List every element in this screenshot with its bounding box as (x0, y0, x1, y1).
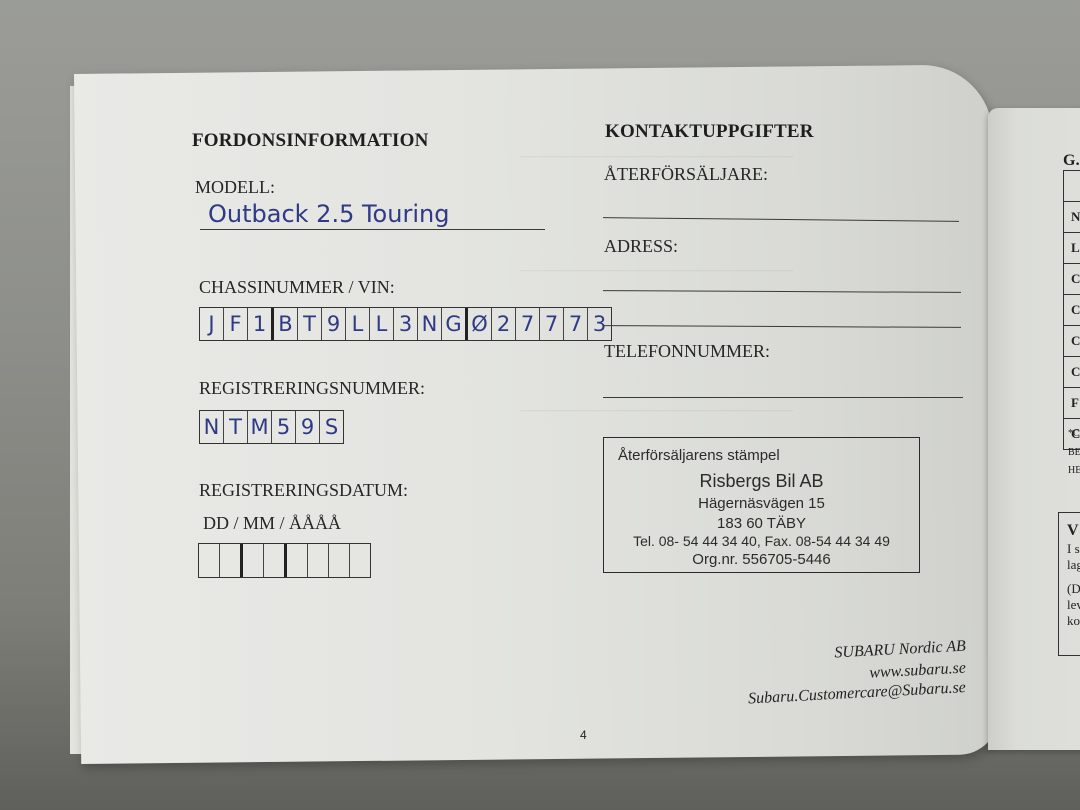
stamp-postal: 183 60 TÄBY (604, 515, 919, 532)
next-page-table-row: C (1064, 326, 1080, 357)
stamp-title: Återförsäljarens stämpel (618, 447, 780, 464)
char-box[interactable]: T (224, 411, 248, 443)
bleed-through-text: ————————————————————— (520, 262, 793, 278)
char-box[interactable]: L (346, 308, 370, 340)
model-value[interactable]: Outback 2.5 Touring (208, 200, 449, 228)
next-page-box-line (1059, 573, 1080, 581)
char-box[interactable] (287, 544, 308, 577)
reg-date-label: REGISTRERINGSDATUM: (199, 480, 408, 501)
page-number: 4 (580, 728, 587, 742)
char-box[interactable] (264, 544, 287, 577)
char-box[interactable]: 7 (564, 308, 588, 340)
char-box[interactable]: 3 (588, 308, 611, 340)
char-box[interactable]: M (248, 411, 272, 443)
char-box[interactable]: Ø (468, 308, 492, 340)
next-page-table-row (1064, 171, 1080, 202)
char-box[interactable]: B (274, 308, 298, 340)
vin-field[interactable]: JF1BT9LL3NGØ27773 (199, 307, 612, 341)
char-box[interactable]: 5 (272, 411, 296, 443)
next-page-table-row: L (1064, 233, 1080, 264)
char-box[interactable]: 9 (322, 308, 346, 340)
char-box[interactable] (220, 544, 243, 577)
char-box[interactable]: 7 (516, 308, 540, 340)
next-page-table: NLCCCCFC (1063, 170, 1080, 450)
next-page-table-row: N (1064, 202, 1080, 233)
char-box[interactable]: S (320, 411, 343, 443)
char-box[interactable] (329, 544, 350, 577)
next-page-box-line: (D (1059, 581, 1080, 597)
stamp-org-number: Org.nr. 556705-5446 (604, 551, 919, 568)
char-box[interactable]: 7 (540, 308, 564, 340)
char-box[interactable]: F (224, 308, 248, 340)
next-page-box-line: I s (1059, 541, 1080, 557)
date-format-hint: DD / MM / ÅÅÅÅ (203, 513, 341, 534)
next-page-box-line: lev (1059, 597, 1080, 613)
address-label: ADRESS: (604, 236, 678, 257)
bleed-through-text: ————————————————————— (520, 402, 793, 418)
bleed-through-text: ————————————————————— (520, 148, 793, 164)
vin-label: CHASSINUMMER / VIN: (199, 277, 395, 298)
stamp-phone-fax: Tel. 08- 54 44 34 40, Fax. 08-54 44 34 4… (604, 533, 919, 549)
char-box[interactable]: 2 (492, 308, 516, 340)
char-box[interactable]: T (298, 308, 322, 340)
char-box[interactable]: 3 (394, 308, 418, 340)
char-box[interactable] (243, 544, 264, 577)
char-box[interactable]: G (442, 308, 468, 340)
next-page-box-line: ko (1059, 613, 1080, 629)
phone-line[interactable] (603, 397, 963, 398)
next-page-box-line: V (1059, 521, 1080, 541)
stamp-dealer-name: Risbergs Bil AB (604, 471, 919, 492)
char-box[interactable]: 1 (248, 308, 274, 340)
char-box[interactable]: J (200, 308, 224, 340)
char-box[interactable] (350, 544, 370, 577)
phone-label: TELEFONNUMMER: (604, 341, 770, 362)
model-underline (200, 229, 545, 230)
next-page-note: *C (1068, 428, 1080, 439)
dealer-stamp: Återförsäljarens stämpel Risbergs Bil AB… (603, 437, 920, 573)
model-label: MODELL: (195, 177, 275, 198)
next-page-table-row: C (1064, 357, 1080, 388)
reg-number-label: REGISTRERINGSNUMMER: (199, 378, 425, 399)
char-box[interactable] (199, 544, 220, 577)
char-box[interactable]: N (418, 308, 442, 340)
char-box[interactable] (308, 544, 329, 577)
contact-heading: KONTAKTUPPGIFTER (605, 121, 814, 143)
next-page-heading: G. (1063, 152, 1080, 170)
dealer-label: ÅTERFÖRSÄLJARE: (604, 164, 768, 185)
char-box[interactable]: L (370, 308, 394, 340)
char-box[interactable]: 9 (296, 411, 320, 443)
next-page-table-row: C (1064, 295, 1080, 326)
next-page-table-row: F (1064, 388, 1080, 419)
reg-number-field[interactable]: NTM59S (199, 410, 344, 444)
next-page-table-row: C (1064, 264, 1080, 295)
vehicle-info-heading: FORDONSINFORMATION (192, 130, 429, 152)
char-box[interactable]: N (200, 411, 224, 443)
next-page-box: VI slag (Dlevko (1058, 512, 1080, 656)
next-page-note: BE (1068, 447, 1080, 458)
reg-date-field[interactable] (198, 543, 371, 578)
next-page-note: HE (1068, 465, 1080, 476)
stamp-street: Hägernäsvägen 15 (604, 495, 919, 512)
